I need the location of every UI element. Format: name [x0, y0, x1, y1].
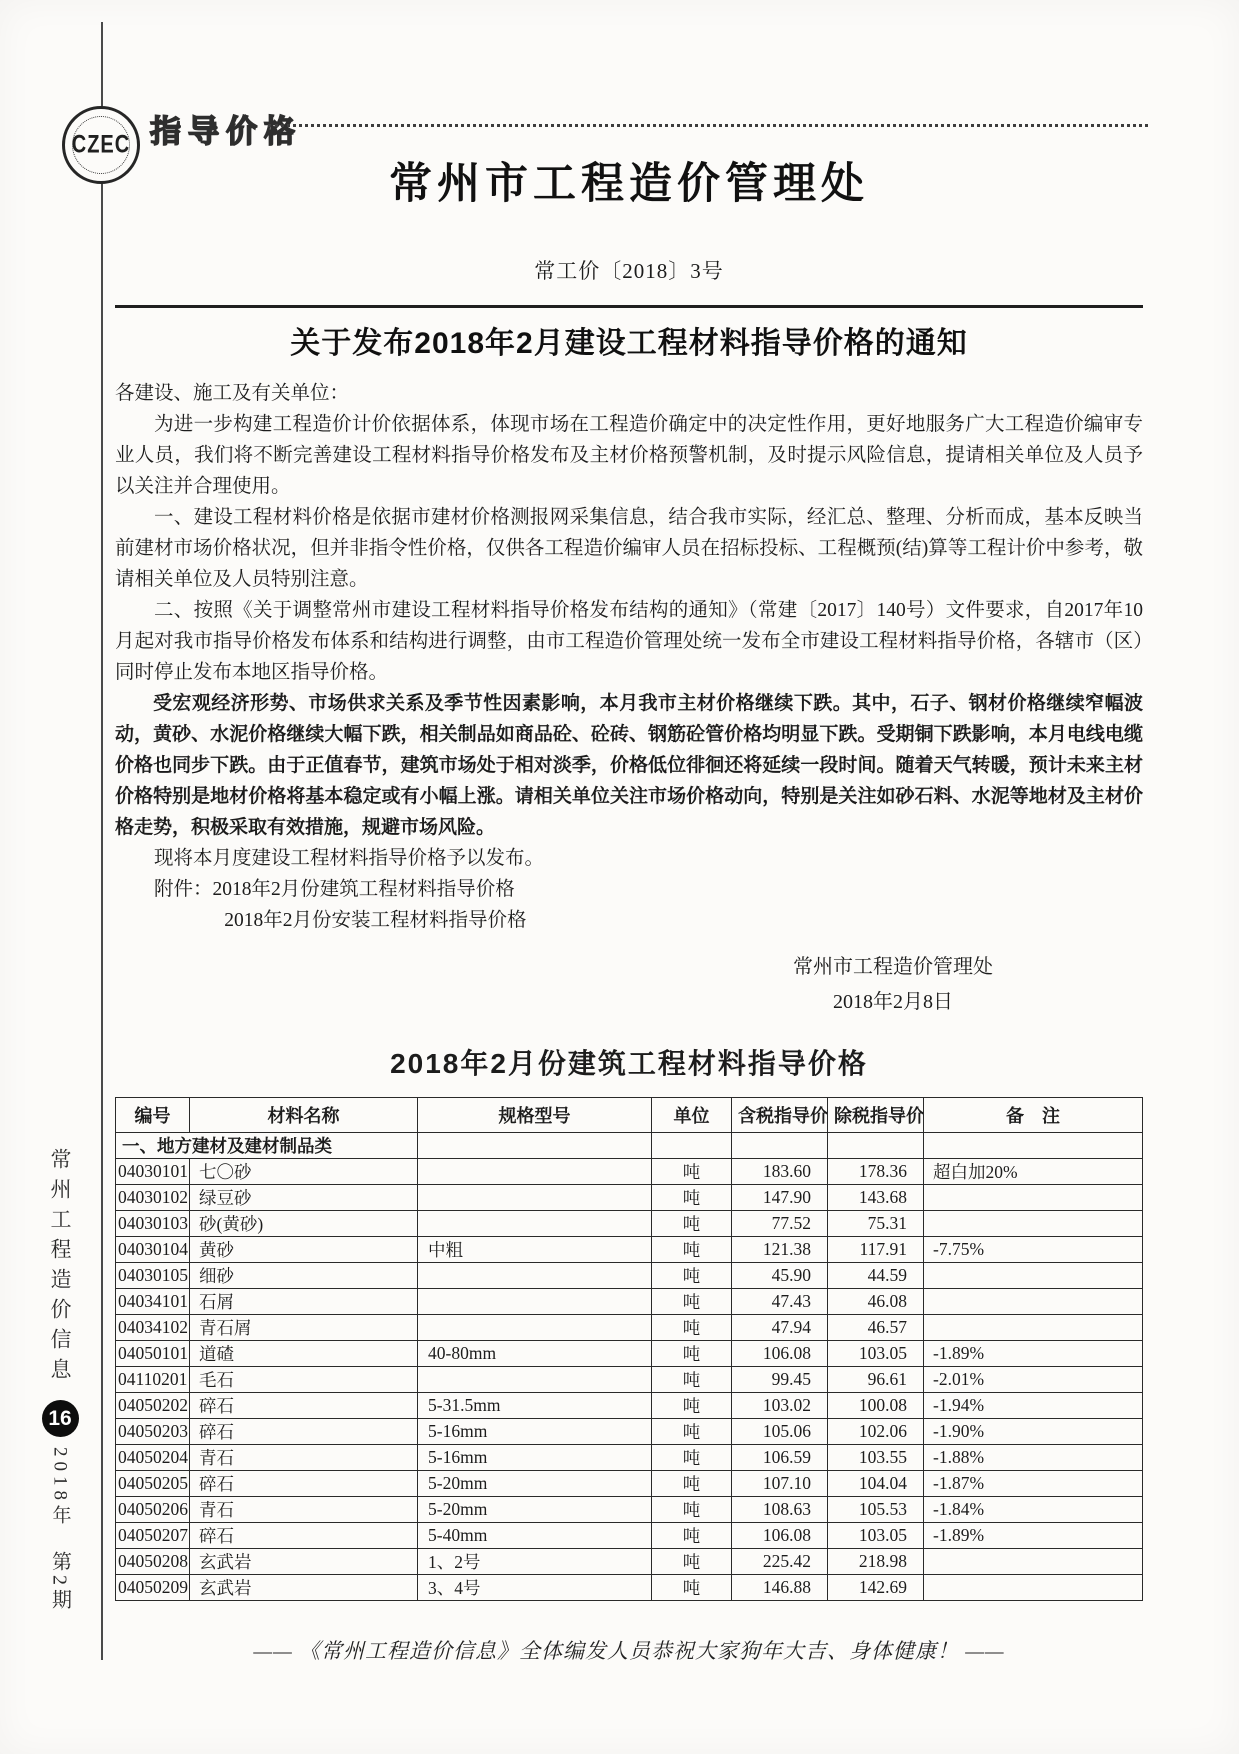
table-cell: 103.05 [828, 1341, 924, 1367]
journal-sidebar: 常州工程造价信息 16 2018年 第2期 [34, 1148, 86, 1613]
notice-body: 各建设、施工及有关单位： 为进一步构建工程造价计价依据体系，体现市场在工程造价确… [115, 378, 1143, 936]
table-cell: 青石 [190, 1445, 418, 1471]
table-cell [418, 1133, 652, 1159]
table-cell: 道碴 [190, 1341, 418, 1367]
table-row: 04050209玄武岩3、4号吨146.88142.69 [116, 1575, 1143, 1601]
table-column-header: 含税指导价 [732, 1098, 828, 1133]
table-column-header: 规格型号 [418, 1098, 652, 1133]
salutation: 各建设、施工及有关单位： [115, 378, 1143, 409]
table-cell: 黄砂 [190, 1237, 418, 1263]
table-column-header: 材料名称 [190, 1098, 418, 1133]
table-cell: 碎石 [190, 1523, 418, 1549]
table-cell: 绿豆砂 [190, 1185, 418, 1211]
table-cell: 77.52 [732, 1211, 828, 1237]
table-cell: -1.88% [924, 1445, 1143, 1471]
table-cell [924, 1575, 1143, 1601]
attachment-line-1: 附件：2018年2月份建筑工程材料指导价格 [115, 874, 1143, 905]
table-column-header: 备 注 [924, 1098, 1143, 1133]
table-cell: 5-16mm [418, 1419, 652, 1445]
table-cell: 106.59 [732, 1445, 828, 1471]
table-cell [418, 1263, 652, 1289]
table-column-header: 单位 [652, 1098, 732, 1133]
table-row: 04030104黄砂中粗吨121.38117.91-7.75% [116, 1237, 1143, 1263]
table-cell: 46.08 [828, 1289, 924, 1315]
table-cell: 砂(黄砂) [190, 1211, 418, 1237]
table-cell: 47.94 [732, 1315, 828, 1341]
table-row: 04030105细砂吨45.9044.59 [116, 1263, 1143, 1289]
table-cell [418, 1315, 652, 1341]
table-cell: 106.08 [732, 1523, 828, 1549]
table-cell: 47.43 [732, 1289, 828, 1315]
table-cell: -1.89% [924, 1341, 1143, 1367]
table-cell [924, 1289, 1143, 1315]
table-cell: 04034102 [116, 1315, 190, 1341]
table-cell: 3、4号 [418, 1575, 652, 1601]
table-cell: 104.04 [828, 1471, 924, 1497]
table-cell: 100.08 [828, 1393, 924, 1419]
price-table: 编号材料名称规格型号单位含税指导价除税指导价备 注 一、地方建材及建材制品类04… [115, 1097, 1143, 1601]
table-cell: 45.90 [732, 1263, 828, 1289]
table-cell: 吨 [652, 1367, 732, 1393]
table-row: 04050207碎石5-40mm吨106.08103.05-1.89% [116, 1523, 1143, 1549]
table-cell: 石屑 [190, 1289, 418, 1315]
table-cell: 178.36 [828, 1159, 924, 1185]
table-row: 04050208玄武岩1、2号吨225.42218.98 [116, 1549, 1143, 1575]
table-cell: 碎石 [190, 1419, 418, 1445]
table-cell: 吨 [652, 1497, 732, 1523]
table-cell: 超白加20% [924, 1159, 1143, 1185]
document-page: 常州工程造价信息 16 2018年 第2期 CZEC 指导价格 常州市工程造价管… [0, 0, 1239, 1754]
table-cell: 吨 [652, 1341, 732, 1367]
table-cell: 04030103 [116, 1211, 190, 1237]
table-row: 04050202碎石5-31.5mm吨103.02100.08-1.94% [116, 1393, 1143, 1419]
table-row: 04030101七〇砂吨183.60178.36超白加20% [116, 1159, 1143, 1185]
table-column-header: 除税指导价 [828, 1098, 924, 1133]
journal-name-vertical: 常州工程造价信息 [45, 1148, 75, 1388]
page-edge-rule [101, 22, 103, 1660]
table-section-row: 一、地方建材及建材制品类 [116, 1133, 1143, 1159]
table-cell: 吨 [652, 1549, 732, 1575]
table-row: 04050206青石5-20mm吨108.63105.53-1.84% [116, 1497, 1143, 1523]
table-cell: 103.02 [732, 1393, 828, 1419]
table-section-label: 一、地方建材及建材制品类 [116, 1133, 418, 1159]
notice-title: 关于发布2018年2月建设工程材料指导价格的通知 [115, 318, 1143, 362]
table-cell: 75.31 [828, 1211, 924, 1237]
table-cell: 04050207 [116, 1523, 190, 1549]
table-cell: 44.59 [828, 1263, 924, 1289]
table-cell [418, 1289, 652, 1315]
table-row: 04050203碎石5-16mm吨105.06102.06-1.90% [116, 1419, 1143, 1445]
table-cell: 5-16mm [418, 1445, 652, 1471]
table-cell: -1.84% [924, 1497, 1143, 1523]
table-row: 04050204青石5-16mm吨106.59103.55-1.88% [116, 1445, 1143, 1471]
table-cell: 吨 [652, 1419, 732, 1445]
signature-block: 常州市工程造价管理处 2018年2月8日 [793, 950, 993, 1020]
table-cell: 04050202 [116, 1393, 190, 1419]
table-cell: 96.61 [828, 1367, 924, 1393]
table-cell: 吨 [652, 1445, 732, 1471]
market-analysis-paragraph: 受宏观经济形势、市场供求关系及季节性因素影响，本月我市主材价格继续下跌。其中，石… [115, 688, 1143, 843]
closing-line: 现将本月度建设工程材料指导价格予以发布。 [115, 843, 1143, 874]
table-cell: 吨 [652, 1237, 732, 1263]
paragraph-3: 二、按照《关于调整常州市建设工程材料指导价格发布结构的通知》（常建〔2017〕1… [115, 595, 1143, 688]
table-cell [924, 1549, 1143, 1575]
table-cell: 毛石 [190, 1367, 418, 1393]
table-row: 04034101石屑吨47.4346.08 [116, 1289, 1143, 1315]
table-cell: 吨 [652, 1263, 732, 1289]
table-cell: 细砂 [190, 1263, 418, 1289]
attachment-line-2: 2018年2月份安装工程材料指导价格 [115, 905, 1143, 936]
table-cell [652, 1133, 732, 1159]
table-cell [418, 1367, 652, 1393]
table-cell: 吨 [652, 1575, 732, 1601]
table-cell: 04050205 [116, 1471, 190, 1497]
table-cell: 218.98 [828, 1549, 924, 1575]
table-header-row: 编号材料名称规格型号单位含税指导价除税指导价备 注 [116, 1098, 1143, 1133]
paragraph-2: 一、建设工程材料价格是依据市建材价格测报网采集信息，结合我市实际，经汇总、整理、… [115, 502, 1143, 595]
table-cell: -1.87% [924, 1471, 1143, 1497]
table-cell: 147.90 [732, 1185, 828, 1211]
table-cell [418, 1185, 652, 1211]
table-cell [924, 1185, 1143, 1211]
page-footer: —— 《常州工程造价信息》全体编发人员恭祝大家狗年大吉、身体健康！ —— [115, 1635, 1143, 1665]
table-cell [924, 1211, 1143, 1237]
table-cell: 04030101 [116, 1159, 190, 1185]
document-content: 常州市工程造价管理处 常工价〔2018〕3号 关于发布2018年2月建设工程材料… [115, 150, 1143, 1665]
table-cell: 103.55 [828, 1445, 924, 1471]
table-cell: 04030104 [116, 1237, 190, 1263]
table-cell: 146.88 [732, 1575, 828, 1601]
table-cell: 106.08 [732, 1341, 828, 1367]
table-cell: 青石 [190, 1497, 418, 1523]
table-cell: 碎石 [190, 1393, 418, 1419]
table-row: 04030102绿豆砂吨147.90143.68 [116, 1185, 1143, 1211]
header-rule [115, 305, 1143, 308]
table-cell: 40-80mm [418, 1341, 652, 1367]
table-cell: 吨 [652, 1185, 732, 1211]
table-cell: -7.75% [924, 1237, 1143, 1263]
table-cell: 04050204 [116, 1445, 190, 1471]
table-cell: 102.06 [828, 1419, 924, 1445]
table-cell: 105.53 [828, 1497, 924, 1523]
table-cell: 5-20mm [418, 1497, 652, 1523]
table-cell: -1.90% [924, 1419, 1143, 1445]
table-cell: 5-31.5mm [418, 1393, 652, 1419]
table-cell: 1、2号 [418, 1549, 652, 1575]
table-cell: 183.60 [732, 1159, 828, 1185]
table-cell: 04050208 [116, 1549, 190, 1575]
table-cell: 七〇砂 [190, 1159, 418, 1185]
table-cell: 吨 [652, 1315, 732, 1341]
table-row: 04034102青石屑吨47.9446.57 [116, 1315, 1143, 1341]
signature-org: 常州市工程造价管理处 [793, 950, 993, 985]
table-cell [924, 1133, 1143, 1159]
table-cell: 105.06 [732, 1419, 828, 1445]
table-cell: 04050203 [116, 1419, 190, 1445]
table-cell: 吨 [652, 1159, 732, 1185]
table-cell: 142.69 [828, 1575, 924, 1601]
price-table-title: 2018年2月份建筑工程材料指导价格 [115, 1042, 1143, 1082]
signature-date: 2018年2月8日 [793, 985, 993, 1020]
table-cell: 04050206 [116, 1497, 190, 1523]
table-cell: 碎石 [190, 1471, 418, 1497]
table-cell: 04050209 [116, 1575, 190, 1601]
page-number-badge: 16 [42, 1400, 79, 1437]
table-cell: 04034101 [116, 1289, 190, 1315]
table-cell: 225.42 [732, 1549, 828, 1575]
table-cell: 103.05 [828, 1523, 924, 1549]
org-title: 常州市工程造价管理处 [115, 150, 1143, 211]
table-cell: -1.94% [924, 1393, 1143, 1419]
table-row: 04030103砂(黄砂)吨77.5275.31 [116, 1211, 1143, 1237]
table-cell [732, 1133, 828, 1159]
table-cell: 5-20mm [418, 1471, 652, 1497]
paragraph-1: 为进一步构建工程造价计价依据体系，体现市场在工程造价确定中的决定性作用，更好地服… [115, 409, 1143, 502]
table-cell [828, 1133, 924, 1159]
table-cell [418, 1211, 652, 1237]
table-cell: 143.68 [828, 1185, 924, 1211]
table-cell: 吨 [652, 1523, 732, 1549]
table-cell [418, 1159, 652, 1185]
table-cell: 吨 [652, 1289, 732, 1315]
doc-number: 常工价〔2018〕3号 [115, 255, 1143, 285]
journal-issue-vertical: 第2期 [46, 1551, 75, 1613]
price-table-body: 一、地方建材及建材制品类04030101七〇砂吨183.60178.36超白加2… [116, 1133, 1143, 1601]
table-row: 04050101道碴40-80mm吨106.08103.05-1.89% [116, 1341, 1143, 1367]
table-row: 04050205碎石5-20mm吨107.10104.04-1.87% [116, 1471, 1143, 1497]
table-cell: 04030105 [116, 1263, 190, 1289]
table-cell: -1.89% [924, 1523, 1143, 1549]
table-cell: 吨 [652, 1211, 732, 1237]
table-cell: 04110201 [116, 1367, 190, 1393]
table-cell [924, 1263, 1143, 1289]
table-cell: 吨 [652, 1471, 732, 1497]
table-cell: 108.63 [732, 1497, 828, 1523]
table-cell: 青石屑 [190, 1315, 418, 1341]
table-cell: 吨 [652, 1393, 732, 1419]
table-cell: -2.01% [924, 1367, 1143, 1393]
table-cell: 121.38 [732, 1237, 828, 1263]
journal-year-vertical: 2018年 [47, 1447, 74, 1529]
table-cell: 04030102 [116, 1185, 190, 1211]
table-row: 04110201毛石吨99.4596.61-2.01% [116, 1367, 1143, 1393]
table-cell: 5-40mm [418, 1523, 652, 1549]
table-cell: 99.45 [732, 1367, 828, 1393]
table-column-header: 编号 [116, 1098, 190, 1133]
table-cell: 107.10 [732, 1471, 828, 1497]
table-cell [924, 1315, 1143, 1341]
table-cell: 玄武岩 [190, 1549, 418, 1575]
table-cell: 04050101 [116, 1341, 190, 1367]
masthead-dotted-rule [268, 124, 1148, 127]
table-cell: 117.91 [828, 1237, 924, 1263]
table-cell: 中粗 [418, 1237, 652, 1263]
table-cell: 46.57 [828, 1315, 924, 1341]
table-cell: 玄武岩 [190, 1575, 418, 1601]
masthead-column-label: 指导价格 [150, 106, 302, 151]
